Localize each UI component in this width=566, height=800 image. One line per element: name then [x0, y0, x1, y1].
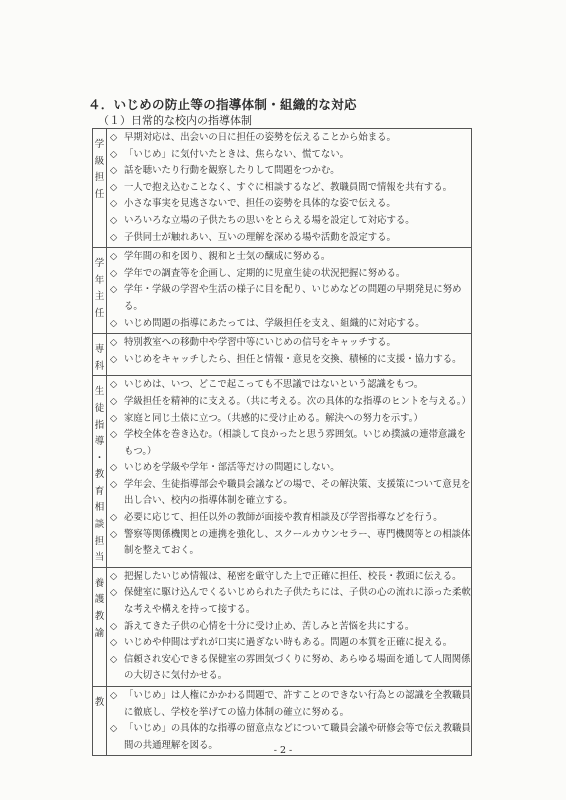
diamond-bullet-icon: ◇ [110, 266, 124, 283]
list-item: ◇家庭と同じ土俵に立つ。（共感的に受け止める。解決への努力を示す。） [110, 411, 471, 428]
diamond-bullet-icon: ◇ [110, 510, 124, 527]
diamond-bullet-icon: ◇ [110, 249, 124, 266]
page-number: - 2 - [0, 745, 566, 756]
diamond-bullet-icon: ◇ [110, 282, 124, 299]
list-item: ◇いじめや仲間はずれが口実に過ぎない時もある。問題の本質を正確に捉える。 [110, 635, 471, 652]
item-text: いじめを学級や学年・部活等だけの問題にしない。 [124, 462, 340, 473]
list-item: ◇いじめ問題の指導にあたっては、学級担任を支え、組織的に対応する。 [110, 316, 471, 333]
role-label-char: 担 [93, 534, 106, 551]
list-item: ◇必要に応じて、担任以外の教師が面接や教育相談及び学習指導などを行う。 [110, 510, 471, 527]
role-label-char: 導 [93, 434, 106, 451]
item-text: いじめや仲間はずれが口実に過ぎない時もある。問題の本質を正確に捉える。 [124, 637, 452, 648]
list-item: ◇学年・学級の学習や生活の様子に目を配り、いじめなどの問題の早期発見に努める。 [110, 282, 471, 315]
diamond-bullet-icon: ◇ [110, 316, 124, 333]
role-label-char: 級 [93, 154, 106, 171]
item-text: 信頼され安心できる保健室の雰囲気づくりに努め、あらゆる場面を通して人間関係の大切… [124, 654, 471, 682]
item-text: 家庭と同じ土俵に立つ。（共感的に受け止める。解決への努力を示す。） [124, 413, 423, 424]
list-item: ◇学校全体を巻き込む。（相談して良かったと思う雰囲気。いじめ撲滅の連帯意識をもつ… [110, 427, 471, 460]
role-label-char: 当 [93, 550, 106, 567]
list-item: ◇警察等関係機関との連携を強化し、スクールカウンセラー、専門機関等との相談体制を… [110, 527, 471, 560]
role-duties: ◇把握したいじめ情報は、秘密を厳守した上で正確に担任、校長・教頭に伝える。◇保健… [107, 567, 472, 686]
role-label-char: 談 [93, 517, 106, 534]
table-row: 養護教諭◇把握したいじめ情報は、秘密を厳守した上で正確に担任、校長・教頭に伝える… [93, 567, 472, 686]
diamond-bullet-icon: ◇ [110, 180, 124, 197]
item-text: 「いじめ」は人権にかかわる問題で、許すことのできない行為との認識を全教職員に徹底… [124, 690, 471, 718]
role-label-char: 学 [93, 256, 106, 273]
item-text: 一人で抱え込むことなく、すぐに相談するなど、教職員間で情報を共有する。 [124, 182, 452, 193]
list-item: ◇学級担任を精神的に支える。（共に考える。次の具体的な指導のヒントを与える。） [110, 394, 471, 411]
diamond-bullet-icon: ◇ [110, 721, 124, 738]
diamond-bullet-icon: ◇ [110, 635, 124, 652]
role-label: 学年主任 [93, 248, 107, 334]
diamond-bullet-icon: ◇ [110, 427, 124, 444]
role-label-char: 養 [93, 576, 106, 593]
list-item: ◇「いじめ」は人権にかかわる問題で、許すことのできない行為との認識を全教職員に徹… [110, 688, 471, 721]
section-heading: ４．いじめの防止等の指導体制・組織的な対応 [88, 95, 357, 113]
item-text: 学年での調査等を企画し、定期的に児童生徒の状況把握に努める。 [124, 268, 405, 279]
item-text: いじめ問題の指導にあたっては、学級担任を支え、組織的に対応する。 [124, 318, 425, 329]
diamond-bullet-icon: ◇ [110, 460, 124, 477]
table-row: 専科◇特別教室への移動中や学習中等にいじめの信号をキャッチする。◇いじめをキャッ… [93, 334, 472, 376]
item-text: 学年会、生徒指導部会や職員会議などの場で、その解決策、支援策について意見を出し合… [124, 479, 471, 507]
list-item: ◇把握したいじめ情報は、秘密を厳守した上で正確に担任、校長・教頭に伝える。 [110, 569, 471, 586]
list-item: ◇いろいろな立場の子供たちの思いをとらえる場を設定して対応する。 [110, 213, 471, 230]
role-label: 学級担任 [93, 129, 107, 248]
item-text: 「いじめ」に気付いたときは、焦らない、慌てない。 [124, 149, 349, 160]
diamond-bullet-icon: ◇ [110, 163, 124, 180]
role-label: 生徒指導・教育相談担当 [93, 376, 107, 568]
role-label-char: 主 [93, 289, 106, 306]
item-text: 早期対応は、出会いの日に担任の姿勢を伝えることから始まる。 [124, 132, 396, 143]
role-label-char: 護 [93, 592, 106, 609]
item-text: 学年間の和を図り、親和と士気の醸成に努める。 [124, 251, 330, 262]
list-item: ◇「いじめ」に気付いたときは、焦らない、慌てない。 [110, 147, 471, 164]
role-label-char: 生 [93, 384, 106, 401]
item-text: いろいろな立場の子供たちの思いをとらえる場を設定して対応する。 [124, 215, 415, 226]
guidance-system-table: 学級担任◇早期対応は、出会いの日に担任の姿勢を伝えることから始まる。◇「いじめ」… [92, 128, 472, 756]
list-item: ◇いじめを学級や学年・部活等だけの問題にしない。 [110, 460, 471, 477]
diamond-bullet-icon: ◇ [110, 569, 124, 586]
diamond-bullet-icon: ◇ [110, 652, 124, 669]
role-label-char: 指 [93, 418, 106, 435]
diamond-bullet-icon: ◇ [110, 335, 124, 352]
item-text: 把握したいじめ情報は、秘密を厳守した上で正確に担任、校長・教頭に伝える。 [124, 571, 462, 582]
item-text: 学校全体を巻き込む。（相談して良かったと思う雰囲気。いじめ撲滅の連帯意識をもつ。… [124, 429, 466, 457]
item-text: 警察等関係機関との連携を強化し、スクールカウンセラー、専門機関等との相談体制を整… [124, 529, 470, 557]
role-label-char: 教 [93, 467, 106, 484]
item-text: いじめをキャッチしたら、担任と情報・意見を交換、積極的に支援・協力する。 [124, 354, 462, 365]
role-label-char: 年 [93, 273, 106, 290]
diamond-bullet-icon: ◇ [110, 377, 124, 394]
role-label-char: 任 [93, 306, 106, 323]
item-text: 学級担任を精神的に支える。（共に考える。次の具体的な指導のヒントを与える。） [124, 396, 471, 407]
diamond-bullet-icon: ◇ [110, 352, 124, 369]
role-label-char: 専 [93, 342, 106, 359]
role-label-char: 教 [93, 609, 106, 626]
role-label: 専科 [93, 334, 107, 376]
diamond-bullet-icon: ◇ [110, 527, 124, 544]
table-row: 学級担任◇早期対応は、出会いの日に担任の姿勢を伝えることから始まる。◇「いじめ」… [93, 129, 472, 248]
role-label-char: 相 [93, 500, 106, 517]
diamond-bullet-icon: ◇ [110, 130, 124, 147]
role-label-char: 担 [93, 170, 106, 187]
item-text: 特別教室への移動中や学習中等にいじめの信号をキャッチする。 [124, 337, 396, 348]
role-label-char: 科 [93, 359, 106, 376]
role-label-char: 徒 [93, 401, 106, 418]
list-item: ◇学年会、生徒指導部会や職員会議などの場で、その解決策、支援策について意見を出し… [110, 477, 471, 510]
list-item: ◇保健室に駆け込んでくるいじめられた子供たちには、子供の心の流れに添った柔軟な考… [110, 585, 471, 618]
list-item: ◇訴えてきた子供の心情を十分に受け止め、苦しみと苦悩を共にする。 [110, 619, 471, 636]
list-item: ◇特別教室への移動中や学習中等にいじめの信号をキャッチする。 [110, 335, 471, 352]
list-item: ◇信頼され安心できる保健室の雰囲気づくりに努め、あらゆる場面を通して人間関係の大… [110, 652, 471, 685]
diamond-bullet-icon: ◇ [110, 477, 124, 494]
role-label: 養護教諭 [93, 567, 107, 686]
item-text: 訴えてきた子供の心情を十分に受け止め、苦しみと苦悩を共にする。 [124, 621, 414, 632]
diamond-bullet-icon: ◇ [110, 619, 124, 636]
table-row: 学年主任◇学年間の和を図り、親和と士気の醸成に努める。◇学年での調査等を企画し、… [93, 248, 472, 334]
list-item: ◇話を聴いたり行動を観察したりして問題をつかむ。 [110, 163, 471, 180]
diamond-bullet-icon: ◇ [110, 147, 124, 164]
list-item: ◇学年間の和を図り、親和と士気の醸成に努める。 [110, 249, 471, 266]
list-item: ◇学年での調査等を企画し、定期的に児童生徒の状況把握に努める。 [110, 266, 471, 283]
list-item: ◇早期対応は、出会いの日に担任の姿勢を伝えることから始まる。 [110, 130, 471, 147]
role-duties: ◇学年間の和を図り、親和と士気の醸成に努める。◇学年での調査等を企画し、定期的に… [107, 248, 472, 334]
table-row: 生徒指導・教育相談担当◇いじめは、いつ、どこで起こっても不思議ではないという認識… [93, 376, 472, 568]
diamond-bullet-icon: ◇ [110, 688, 124, 705]
item-text: 子供同士が触れあい、互いの理解を深める場や活動を設定する。 [124, 232, 396, 243]
role-label-char: 学 [93, 137, 106, 154]
diamond-bullet-icon: ◇ [110, 411, 124, 428]
role-label-char: ・ [93, 451, 106, 468]
item-text: 保健室に駆け込んでくるいじめられた子供たちには、子供の心の流れに添った柔軟な考え… [124, 587, 471, 615]
diamond-bullet-icon: ◇ [110, 394, 124, 411]
item-text: 話を聴いたり行動を観察したりして問題をつかむ。 [124, 165, 340, 176]
subsection-heading: （１）日常的な校内の指導体制 [98, 112, 252, 128]
list-item: ◇いじめをキャッチしたら、担任と情報・意見を交換、積極的に支援・協力する。 [110, 352, 471, 369]
role-label-char: 任 [93, 187, 106, 204]
role-duties: ◇いじめは、いつ、どこで起こっても不思議ではないという認識をもつ。◇学級担任を精… [107, 376, 472, 568]
diamond-bullet-icon: ◇ [110, 585, 124, 602]
role-label-char: 教 [93, 695, 106, 712]
diamond-bullet-icon: ◇ [110, 196, 124, 213]
diamond-bullet-icon: ◇ [110, 230, 124, 247]
role-duties: ◇早期対応は、出会いの日に担任の姿勢を伝えることから始まる。◇「いじめ」に気付い… [107, 129, 472, 248]
list-item: ◇いじめは、いつ、どこで起こっても不思議ではないという認識をもつ。 [110, 377, 471, 394]
list-item: ◇一人で抱え込むことなく、すぐに相談するなど、教職員間で情報を共有する。 [110, 180, 471, 197]
item-text: 小さな事実を見逃さないで、担任の姿勢を具体的な姿で伝える。 [124, 198, 396, 209]
role-duties: ◇特別教室への移動中や学習中等にいじめの信号をキャッチする。◇いじめをキャッチし… [107, 334, 472, 376]
diamond-bullet-icon: ◇ [110, 213, 124, 230]
list-item: ◇子供同士が触れあい、互いの理解を深める場や活動を設定する。 [110, 230, 471, 247]
list-item: ◇小さな事実を見逃さないで、担任の姿勢を具体的な姿で伝える。 [110, 196, 471, 213]
item-text: いじめは、いつ、どこで起こっても不思議ではないという認識をもつ。 [124, 379, 423, 390]
role-label-char: 育 [93, 484, 106, 501]
role-label-char: 諭 [93, 626, 106, 643]
item-text: 必要に応じて、担任以外の教師が面接や教育相談及び学習指導などを行う。 [124, 512, 443, 523]
item-text: 学年・学級の学習や生活の様子に目を配り、いじめなどの問題の早期発見に努める。 [124, 284, 462, 312]
